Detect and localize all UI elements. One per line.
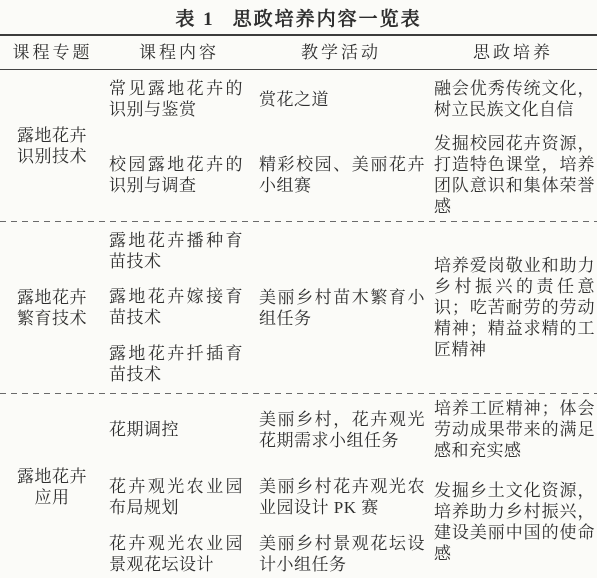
section-flower-propagation: 露地花卉繁育技术 露地花卉播种育苗技术 露地花卉嫁接育苗技术 露地花卉扦插育苗技… [0, 222, 597, 393]
outcome-cell: 培养工匠精神；体会劳动成果带来的满足感和充实感 [429, 394, 597, 465]
column-header-course-content: 课程内容 [105, 36, 253, 69]
content-cell: 校园露地花卉的识别与调查 [105, 128, 253, 221]
section-flower-application: 露地花卉应用 花期调控 美丽乡村，花卉观光花期需求小组任务 培养工匠精神；体会劳… [0, 394, 597, 578]
activity-cell: 赏花之道 [253, 70, 429, 128]
topic-cell: 露地花卉繁育技术 [0, 222, 105, 393]
column-header-teaching-activity: 教学活动 [253, 36, 429, 69]
content-cell: 花卉观光农业园布局规划 [105, 465, 253, 528]
outcome-cell: 培养爱岗敬业和助力乡村振兴的责任意识；吃苦耐劳的劳动精神；精益求精的工匠精神 [429, 222, 597, 393]
table-header-row: 课程专题 课程内容 教学活动 思政培养 [0, 36, 597, 69]
outcome-cell: 融会优秀传统文化，树立民族文化自信 [429, 70, 597, 128]
content-cell: 露地花卉播种育苗技术 [105, 222, 253, 279]
outcome-cell: 发掘校园花卉资源，打造特色课堂，培养团队意识和集体荣誉感 [429, 128, 597, 221]
content-cell: 露地花卉扦插育苗技术 [105, 334, 253, 393]
activity-cell: 美丽乡村景观花坛设计小组任务 [253, 528, 429, 578]
topic-cell: 露地花卉识别技术 [0, 70, 105, 221]
column-header-ideological-cultivation: 思政培养 [429, 36, 597, 69]
activity-cell: 精彩校园、美丽花卉小组赛 [253, 128, 429, 221]
section-flower-identification: 露地花卉识别技术 常见露地花卉的识别与鉴赏 赏花之道 融会优秀传统文化，树立民族… [0, 70, 597, 221]
activity-cell: 美丽乡村，花卉观光花期需求小组任务 [253, 394, 429, 465]
topic-cell: 露地花卉应用 [0, 394, 105, 578]
activity-cell: 美丽乡村花卉观光农业园设计 PK 赛 [253, 465, 429, 528]
table-caption-title: 思政培养内容一览表 [233, 4, 422, 31]
table-caption-number: 表 1 [175, 4, 214, 31]
outcome-cell: 发掘乡土文化资源，培养助力乡村振兴，建设美丽中国的使命感 [429, 465, 597, 578]
activity-cell: 美丽乡村苗木繁育小组任务 [253, 222, 429, 393]
column-header-course-topic: 课程专题 [0, 36, 105, 69]
scanned-paper-table: 表 1 思政培养内容一览表 课程专题 课程内容 教学活动 思政培养 露地花卉识别… [0, 0, 597, 578]
content-cell: 花期调控 [105, 394, 253, 465]
table-caption: 表 1 思政培养内容一览表 [0, 0, 597, 34]
content-cell: 花卉观光农业园景观花坛设计 [105, 528, 253, 578]
content-cell: 露地花卉嫁接育苗技术 [105, 279, 253, 334]
content-cell: 常见露地花卉的识别与鉴赏 [105, 70, 253, 128]
